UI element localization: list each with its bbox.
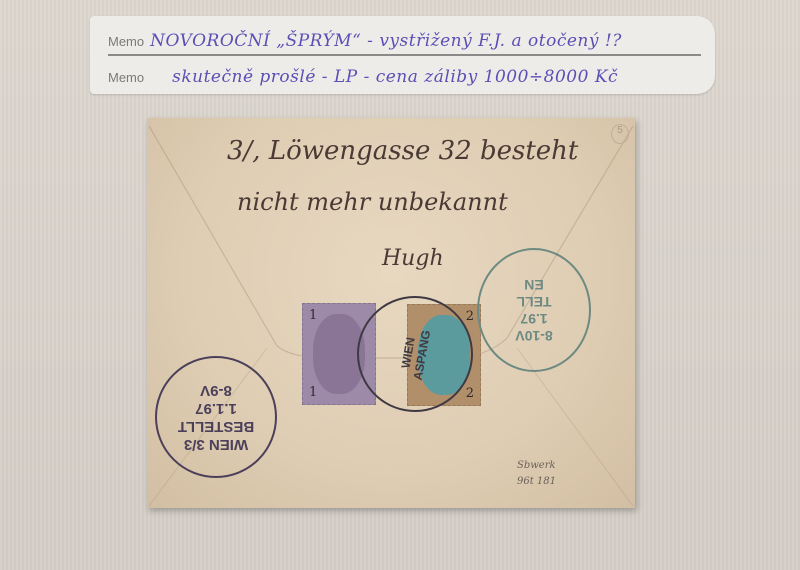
memo-row: Memo NOVOROČNÍ „ŠPRÝM“ - vystřižený F.J.… [108, 22, 701, 56]
envelope: 5 3/, Löwengasse 32 besteht nicht mehr u… [147, 118, 635, 508]
postmark-text: BESTELLT [178, 417, 254, 435]
postmark-right: 8-10V 1.97 TELL EN [477, 248, 591, 372]
postmark-text: TELL [517, 293, 552, 310]
postmark-text: 1.1.97 [195, 399, 237, 417]
handwritten-signature: Hugh [382, 246, 444, 271]
memo-note: skutečně prošlé - LP - cena záliby 1000÷… [172, 67, 618, 90]
pencil-note: Sbwerk [517, 458, 556, 474]
memo-label-text: Memo [108, 34, 144, 54]
postmark-text: 8-10V [515, 327, 552, 344]
memo-note: NOVOROČNÍ „ŠPRÝM“ - vystřižený F.J. a ot… [150, 31, 622, 54]
corner-mark: 5 [611, 124, 629, 144]
stamp-value: 2 [466, 309, 474, 324]
memo-label: Memo NOVOROČNÍ „ŠPRÝM“ - vystřižený F.J.… [90, 16, 715, 94]
pencil-notes: Sbwerk 96t 181 [517, 458, 556, 490]
postmark-text: EN [524, 276, 543, 293]
postmark-left: WIEN 3/3 BESTELLT 1.1.97 8-9V [155, 356, 277, 478]
memo-row: Memo skutečně prošlé - LP - cena záliby … [108, 58, 701, 90]
postmark-text: 8-9V [200, 381, 232, 399]
postmark-text: 1.97 [520, 310, 547, 327]
stamp-value: 1 [309, 308, 317, 323]
postmark-text: WIEN 3/3 [184, 435, 248, 453]
pencil-note: 96t 181 [517, 474, 556, 490]
handwritten-address: 3/, Löwengasse 32 besteht [227, 136, 578, 166]
handwritten-note: nicht mehr unbekannt [237, 188, 508, 216]
stamp-value: 2 [466, 386, 474, 401]
stamp-value: 1 [309, 385, 317, 400]
memo-label-text: Memo [108, 70, 144, 90]
